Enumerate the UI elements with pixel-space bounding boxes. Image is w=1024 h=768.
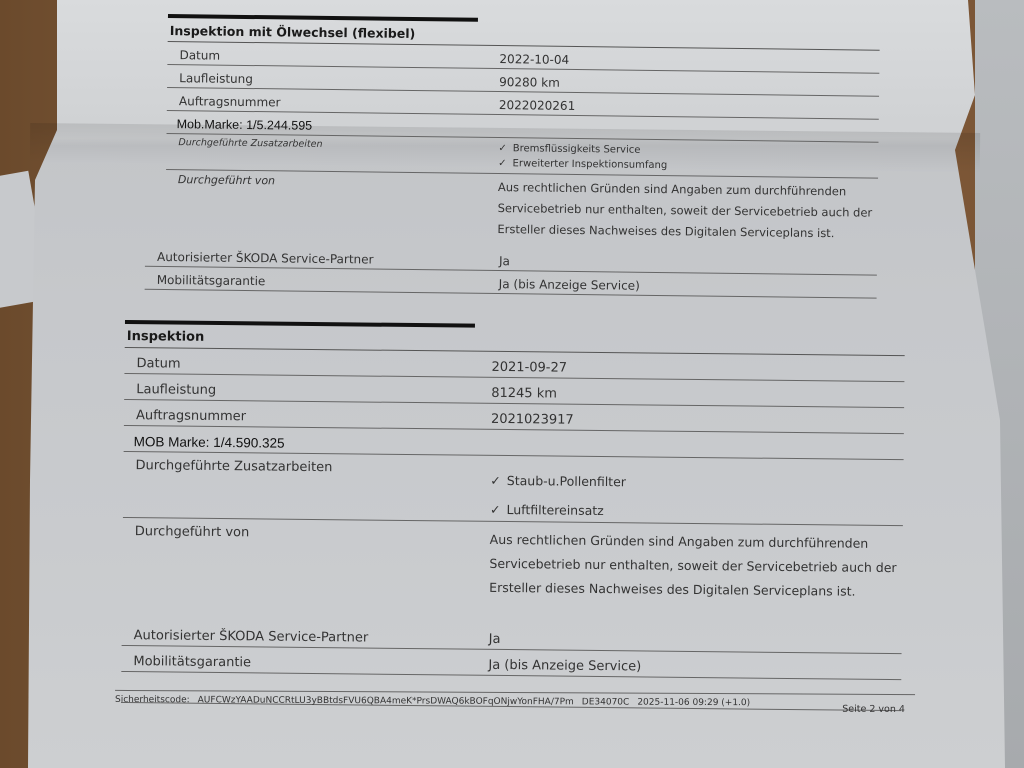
label: Durchgeführt von — [123, 518, 490, 545]
value: Ja — [477, 251, 510, 270]
row-durchgefuehrt-von: Durchgeführt von Aus rechtlichen Gründen… — [165, 170, 878, 247]
security-code: AUFCWzYAADuNCCRtLU3yBBtdsFVU6QBA4meK*Prs… — [198, 695, 574, 707]
value: 81245 km — [491, 383, 557, 404]
page-footer: Sicherheitscode:AUFCWzYAADuNCCRtLU3yBBtd… — [115, 690, 915, 715]
value: 2022020261 — [499, 95, 576, 115]
check-icon: ✓ — [498, 158, 507, 169]
label: Mobilitätsgarantie — [121, 651, 488, 675]
page-number: Seite 2 von 4 — [842, 699, 915, 715]
label: Durchgeführte Zusatzarbeiten — [123, 452, 490, 479]
value: Ja (bis Anzeige Service) — [488, 655, 641, 677]
label: Laufleistung — [167, 68, 499, 91]
label: Laufleistung — [124, 379, 491, 403]
check-icon: ✓ — [490, 502, 501, 517]
check-icon: ✓ — [490, 473, 501, 488]
text-line: Ersteller dieses Nachweises des Digitale… — [489, 576, 896, 604]
zusatzarbeit-item: ✓Luftfiltereinsatz — [490, 496, 626, 520]
check-icon: ✓ — [498, 143, 507, 154]
label: Datum — [167, 45, 499, 68]
label: Durchgeführte Zusatzarbeiten — [166, 134, 498, 154]
label: Auftragsnummer — [124, 405, 491, 429]
value: 2021023917 — [491, 409, 574, 430]
zusatzarbeit-item: ✓Erweiterter Inspektionsumfang — [498, 156, 667, 173]
mob-marke: Mob.Marke: 1/5.244.595 — [167, 114, 497, 137]
row-zusatzarbeiten: Durchgeführte Zusatzarbeiten ✓Staub-u.Po… — [123, 452, 904, 526]
value: 2022-10-04 — [499, 49, 569, 69]
label: Autorisierter ŠKODA Service-Partner — [122, 625, 489, 649]
label: Datum — [124, 353, 491, 377]
value: Ja (bis Anzeige Service) — [477, 274, 640, 295]
value: 90280 km — [499, 72, 560, 92]
text-line: Ersteller dieses Nachweises des Digitale… — [497, 219, 872, 245]
value: Ja — [489, 629, 501, 649]
section-inspektion: Inspektion Datum 2021-09-27 Laufleistung… — [121, 320, 905, 711]
value: 2021-09-27 — [491, 357, 567, 378]
document-id: DE34070C — [582, 697, 630, 707]
label: Auftragsnummer — [167, 91, 499, 114]
mob-marke: MOB Marke: 1/4.590.325 — [124, 431, 489, 455]
label: Autorisierter ŠKODA Service-Partner — [145, 247, 477, 270]
zusatzarbeit-item: ✓Staub-u.Pollenfilter — [490, 467, 626, 491]
timestamp: 2025-11-06 09:29 (+1.0) — [637, 698, 750, 709]
label: Durchgeführt von — [166, 170, 498, 192]
section-inspektion-oelwechsel: Inspektion mit Ölwechsel (flexibel) Datu… — [165, 14, 880, 299]
security-code-label: Sicherheitscode: — [115, 695, 190, 705]
row-durchgefuehrt-von: Durchgeführt von Aus rechtlichen Gründen… — [122, 518, 903, 606]
label: Mobilitätsgarantie — [145, 270, 477, 293]
